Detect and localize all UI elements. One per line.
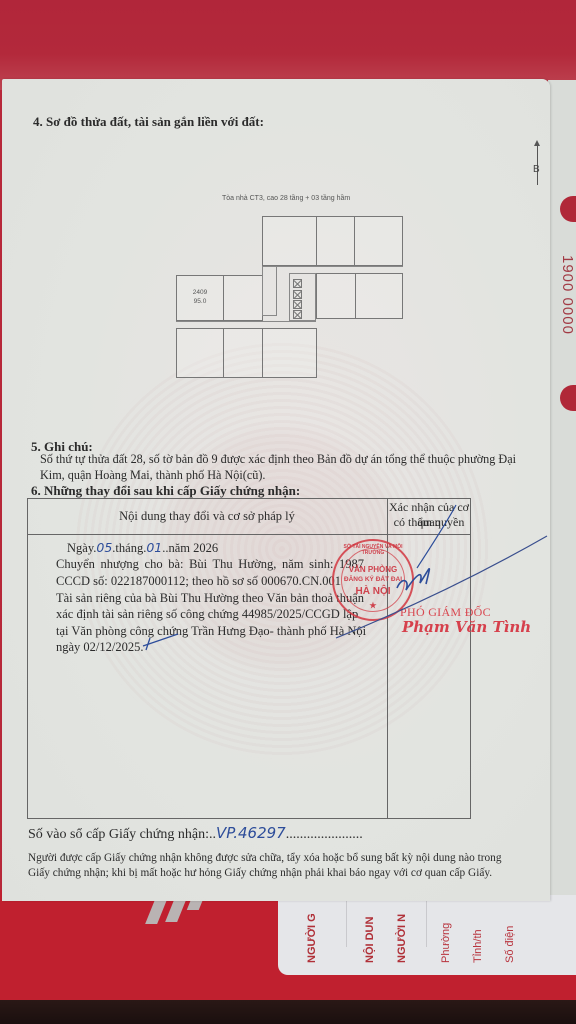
entry-line-6: ngày 02/12/2025. bbox=[56, 639, 144, 656]
unit-area: 95.0 bbox=[180, 297, 220, 306]
entry-line-1: Chuyển nhượng cho bà: Bùi Thu Hường, năm… bbox=[56, 556, 364, 573]
plan-room bbox=[354, 216, 403, 266]
plan-room bbox=[262, 216, 317, 266]
side-phone-digits: 1900 0000 bbox=[558, 255, 576, 335]
plan-room bbox=[176, 328, 224, 378]
plan-room bbox=[223, 328, 263, 378]
stamp-ring-text: SỞ TÀI NGUYÊN VÀ MÔI TRƯỜNG bbox=[334, 544, 412, 556]
registry-number: Số vào sổ cấp Giấy chứng nhận:..VP.46297… bbox=[28, 825, 363, 843]
plan-room bbox=[316, 273, 356, 319]
section6-heading: 6. Những thay đổi sau khi cấp Giấy chứng… bbox=[31, 482, 300, 499]
stamp-line-2: ĐĂNG KÝ ĐẤT ĐAI bbox=[334, 576, 412, 583]
entry-line-4: xác định tài sản riêng số công chứng 449… bbox=[56, 606, 358, 623]
brochure-col: NỘI DUN bbox=[364, 903, 376, 963]
year-label: năm 2026 bbox=[168, 541, 218, 555]
brochure-col: NGƯỜI N bbox=[396, 903, 408, 963]
month-label: tháng bbox=[115, 541, 143, 555]
entry-date: Ngày.05.tháng.01..năm 2026 bbox=[67, 539, 218, 557]
footer-note-line-2: Giấy chứng nhận; khi bị mất hoặc hư hỏng… bbox=[28, 865, 492, 881]
entry-line-5: tại Văn phòng công chứng Trần Hưng Đạo- … bbox=[56, 623, 366, 640]
registry-dots: ...................... bbox=[286, 827, 363, 842]
table-surface bbox=[0, 1000, 576, 1024]
north-arrow-icon bbox=[534, 140, 540, 146]
plan-room bbox=[316, 216, 355, 266]
elevator-icon bbox=[293, 310, 302, 319]
floor-plan-caption: Tòa nhà CT3, cao 28 tầng + 03 tầng hầm bbox=[222, 195, 350, 202]
red-folder-top bbox=[0, 0, 576, 90]
table-header-divider bbox=[27, 534, 471, 535]
plan-room bbox=[223, 275, 263, 321]
table-header-content: Nội dung thay đổi và cơ sở pháp lý bbox=[27, 508, 387, 525]
entry-line-3: Tài sản riêng của bà Bùi Thu Hường theo … bbox=[56, 590, 364, 607]
elevator-icon bbox=[293, 290, 302, 299]
date-prefix: Ngày bbox=[67, 541, 93, 555]
entry-line-2: CCCD số: 022187000112; theo hồ sơ số 000… bbox=[56, 573, 341, 590]
registry-label: Số vào sổ cấp Giấy chứng nhận: bbox=[28, 827, 209, 842]
brochure-separator bbox=[426, 899, 427, 947]
section4-heading: 4. Sơ đồ thửa đất, tài sản gắn liền với … bbox=[33, 113, 264, 130]
brochure-col: Số điện bbox=[504, 903, 516, 963]
date-month: 01 bbox=[146, 540, 162, 555]
footer-note-line-1: Người được cấp Giấy chứng nhận không đượ… bbox=[28, 850, 501, 866]
brochure-col: Phường bbox=[440, 903, 452, 963]
brochure-separator bbox=[346, 899, 347, 947]
plan-room bbox=[355, 273, 403, 319]
brochure-panel: NGƯỜI G NỘI DUN NGƯỜI N Phường Tỉnh/th S… bbox=[278, 895, 576, 975]
plan-stair bbox=[262, 266, 277, 316]
registry-value: VP.46297 bbox=[216, 824, 286, 842]
dots: .. bbox=[209, 827, 216, 842]
plan-room bbox=[262, 328, 317, 378]
elevator-icon bbox=[293, 279, 302, 288]
signer-name: Phạm Văn Tình bbox=[402, 618, 531, 636]
date-day: 05 bbox=[96, 540, 112, 555]
north-label: B bbox=[533, 164, 540, 175]
corridor-line bbox=[176, 321, 316, 322]
brochure-col: Tỉnh/th bbox=[472, 903, 484, 963]
corridor-line bbox=[262, 266, 403, 267]
brochure-col: NGƯỜI G bbox=[306, 903, 318, 963]
unit-number: 2409 bbox=[180, 288, 220, 297]
elevator-icon bbox=[293, 300, 302, 309]
stamp-line-3: HÀ NỘI bbox=[334, 586, 412, 597]
table-header-confirm-line2: có thẩm quyền bbox=[387, 515, 471, 530]
stamp-line-1: VĂN PHÒNG bbox=[334, 565, 412, 574]
note-line-1: Số thứ tự thửa đất 28, số tờ bản đồ 9 đư… bbox=[40, 451, 516, 468]
